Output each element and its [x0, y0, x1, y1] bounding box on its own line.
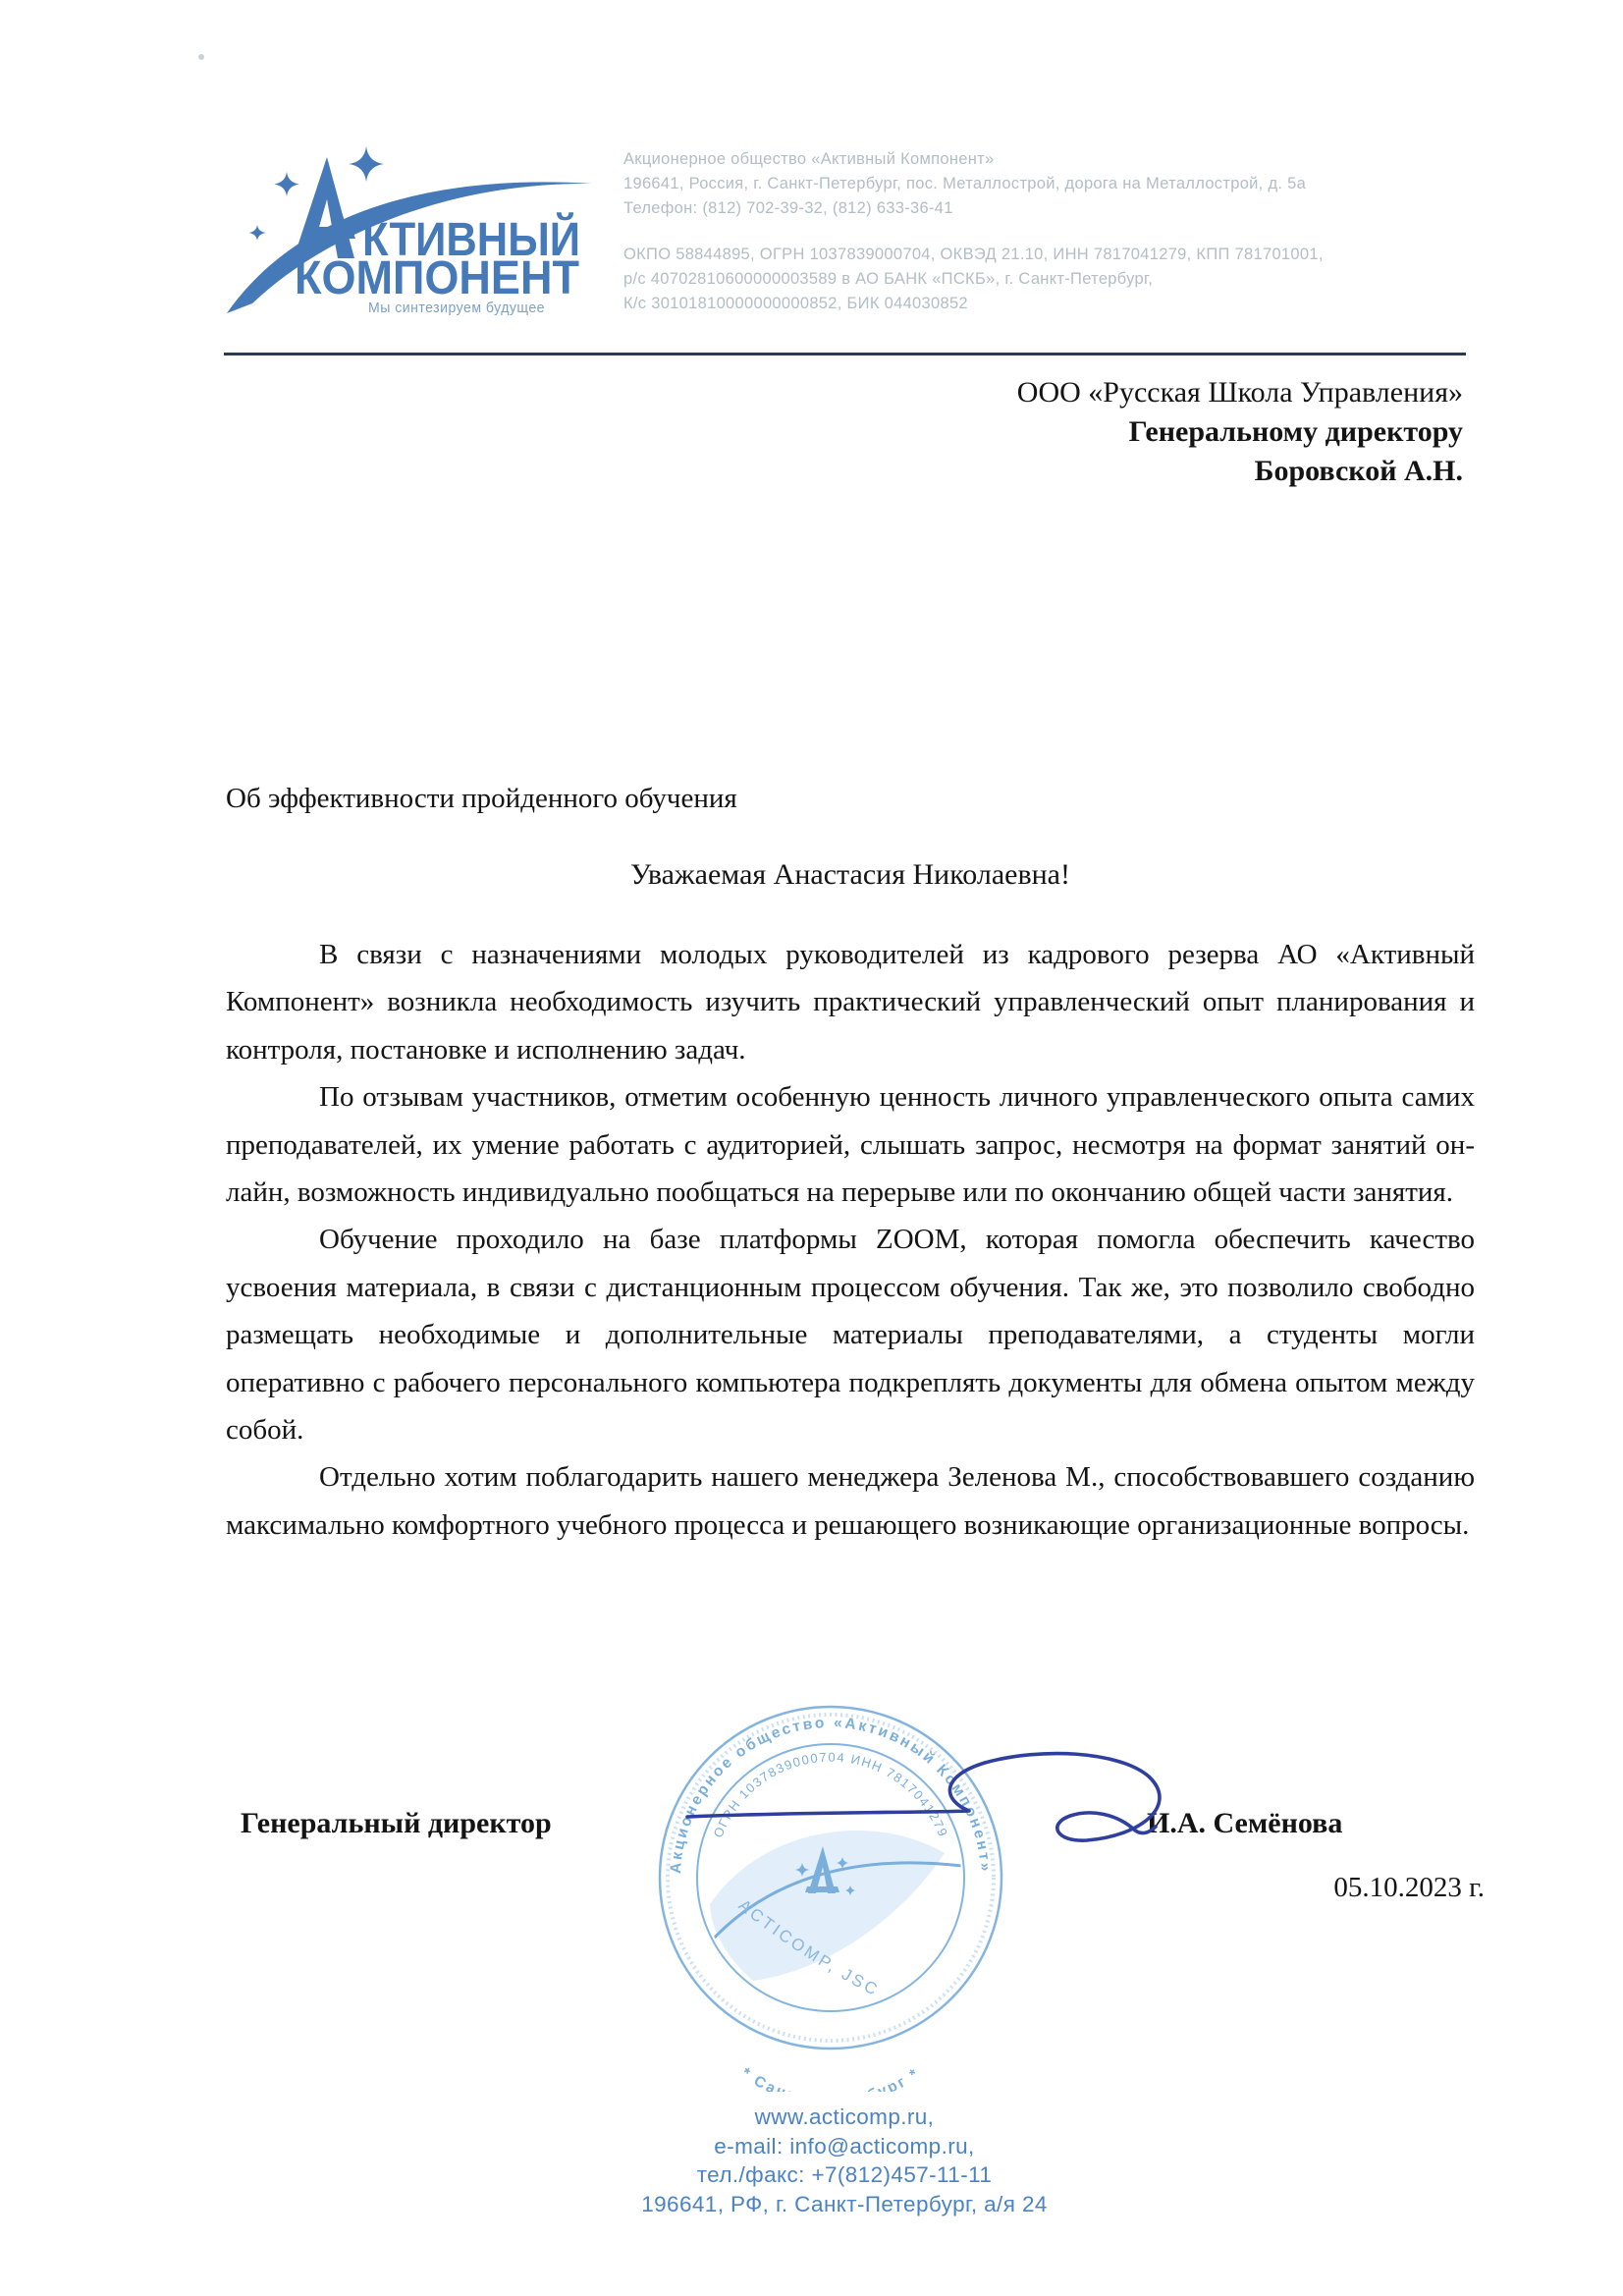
- letter-page: КТИВНЫЙ КОМПОНЕНТ Мы синтезируем будущее…: [0, 0, 1623, 2296]
- addressee-name: Боровской А.Н.: [1017, 452, 1463, 491]
- letter-date: 05.10.2023 г.: [1333, 1872, 1485, 1904]
- stamp-center-art: [702, 1831, 962, 1981]
- logo-tagline: Мы синтезируем будущее: [368, 300, 545, 316]
- paragraph-3: Обучение проходило на базе платформы ZOO…: [226, 1216, 1475, 1453]
- company-codes-line: ОКПО 58844895, ОГРН 1037839000704, ОКВЭД…: [623, 243, 1324, 267]
- stamp-microtext-ring: [668, 1715, 994, 2041]
- salutation-line: Уважаемая Анастасия Николаевна!: [226, 858, 1475, 892]
- logo-word-2: КОМПОНЕНТ: [295, 252, 579, 304]
- company-name-line: Акционерное общество «Активный Компонент…: [623, 147, 1306, 172]
- paragraph-2: По отзывам участников, отметим особенную…: [226, 1073, 1475, 1216]
- addressee-block: ООО «Русская Школа Управления» Генеральн…: [1017, 373, 1463, 491]
- paragraph-4: Отдельно хотим поблагодарить нашего мене…: [226, 1453, 1475, 1549]
- footer-website: www.acticomp.ru,: [393, 2103, 1296, 2132]
- footer-email: e-mail: info@acticomp.ru,: [393, 2132, 1296, 2161]
- footer-address: 196641, РФ, г. Санкт-Петербург, а/я 24: [393, 2190, 1296, 2219]
- signer-name: И.А. Семёнова: [1147, 1807, 1342, 1840]
- svg-text:ACTICOMP, JSC: ACTICOMP, JSC: [735, 1895, 883, 1999]
- signer-title: Генеральный директор: [241, 1807, 552, 1840]
- addressee-company: ООО «Русская Школа Управления»: [1017, 373, 1463, 412]
- company-account-line: р/с 40702810600000003589 в АО БАНК «ПСКБ…: [623, 267, 1324, 292]
- letterhead-info-block-2: ОКПО 58844895, ОГРН 1037839000704, ОКВЭД…: [623, 243, 1324, 316]
- company-corr-line: К/с 30101810000000000852, БИК 044030852: [623, 292, 1324, 316]
- stamp-ogrn-inn-text: ОГРН 1037839000704 ИНН 7817041279: [711, 1750, 951, 1840]
- letterhead-divider: [224, 353, 1466, 355]
- footer-contacts: www.acticomp.ru, e-mail: info@acticomp.r…: [393, 2103, 1296, 2218]
- stamp-and-signature: Акционерное общество «Активный Компонент…: [545, 1665, 1232, 2092]
- paragraph-1: В связи с назначениями молодых руководит…: [226, 931, 1475, 1073]
- letter-body: В связи с назначениями молодых руководит…: [226, 931, 1475, 1549]
- footer-phone: тел./факс: +7(812)457-11-11: [393, 2160, 1296, 2190]
- stamp-latin-name: ACTICOMP, JSC: [735, 1895, 883, 1999]
- addressee-position: Генеральному директору: [1017, 412, 1463, 452]
- subject-line: Об эффективности пройденного обучения: [226, 783, 737, 815]
- letterhead-info-block-1: Акционерное общество «Активный Компонент…: [623, 147, 1306, 221]
- company-phone-line: Телефон: (812) 702-39-32, (812) 633-36-4…: [623, 196, 1306, 221]
- svg-text:* Санкт-Петербург *: * Санкт-Петербург *: [738, 2065, 923, 2092]
- stamp-city-text: * Санкт-Петербург *: [738, 2065, 923, 2092]
- company-address-line: 196641, Россия, г. Санкт-Петербург, пос.…: [623, 172, 1306, 196]
- stamp-ring-text: Акционерное общество «Активный Компонент…: [668, 1715, 994, 1874]
- company-stamp: Акционерное общество «Активный Компонент…: [660, 1707, 1001, 2092]
- scan-artifact-dot: [198, 54, 204, 60]
- handwritten-signature: [687, 1754, 1160, 1841]
- svg-text:Акционерное общество «Активный: Акционерное общество «Активный Компонент…: [668, 1715, 994, 1874]
- svg-text:ОГРН 1037839000704 ИНН 7817041: ОГРН 1037839000704 ИНН 7817041279: [711, 1750, 951, 1840]
- company-logo: КТИВНЫЙ КОМПОНЕНТ Мы синтезируем будущее: [162, 83, 594, 329]
